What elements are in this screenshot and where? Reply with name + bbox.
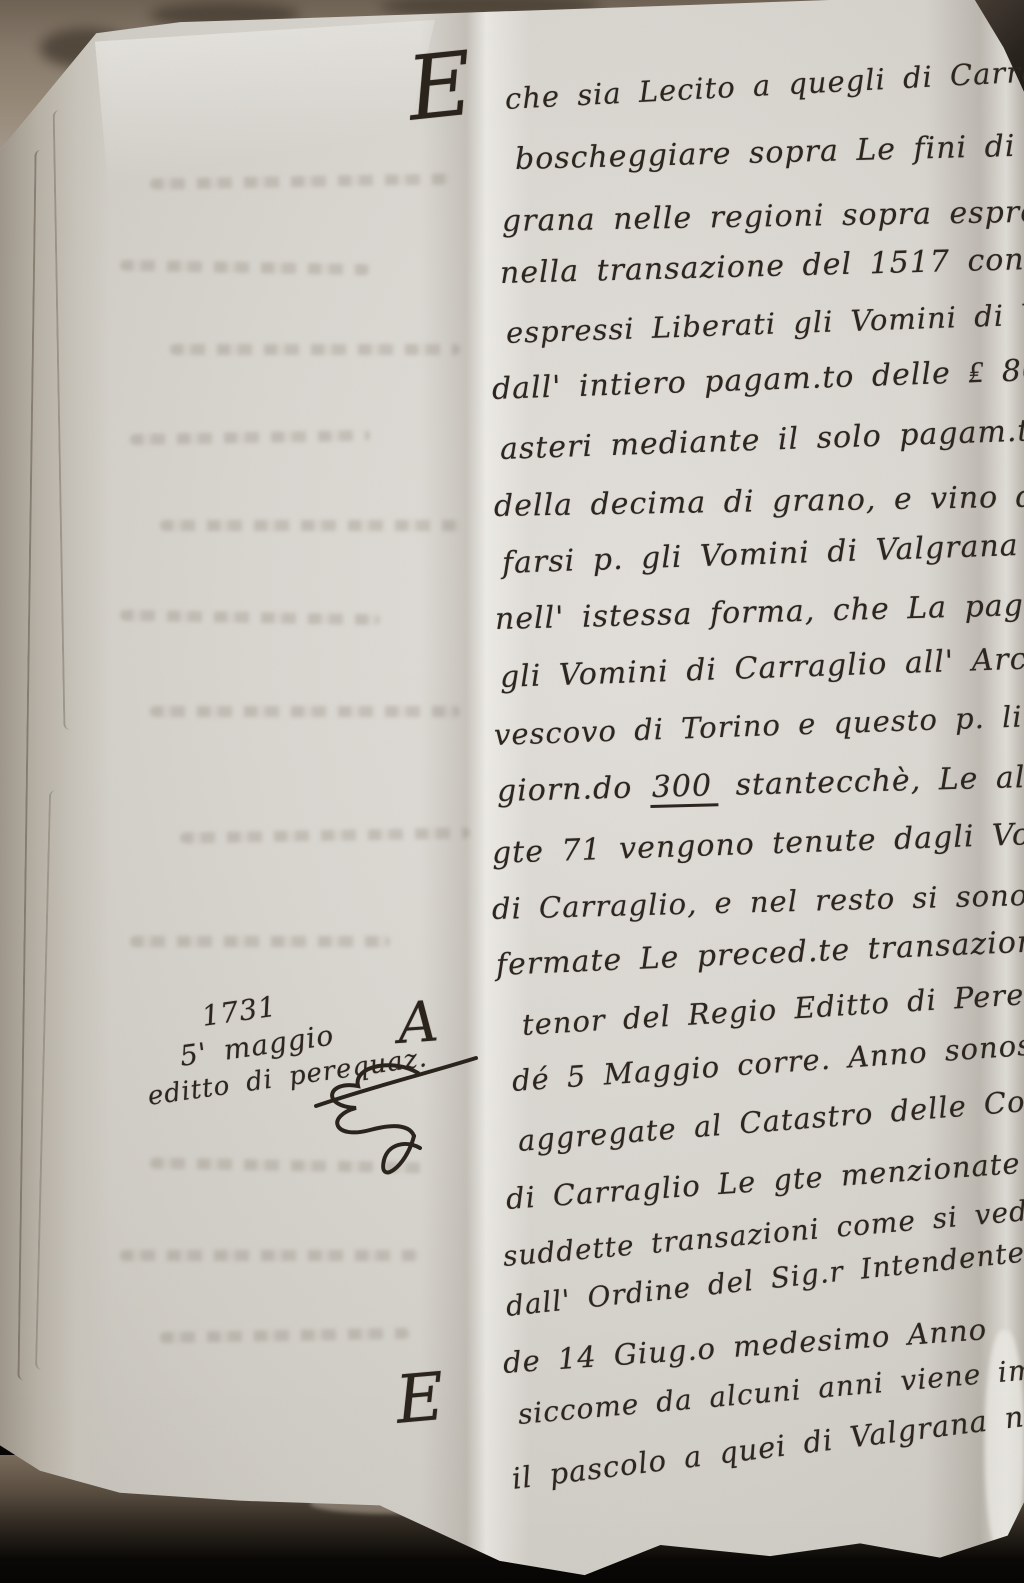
drop-cap-E: E [403,32,478,141]
manuscript-photo: E che sia Lecito a quegli di Carraglio b… [0,0,1024,1583]
underlined-amount: 300 [649,768,718,808]
line-segment: giorn.do [497,770,651,809]
notary-paraph-icon [298,1028,488,1188]
drop-cap-E: E [393,1358,448,1439]
